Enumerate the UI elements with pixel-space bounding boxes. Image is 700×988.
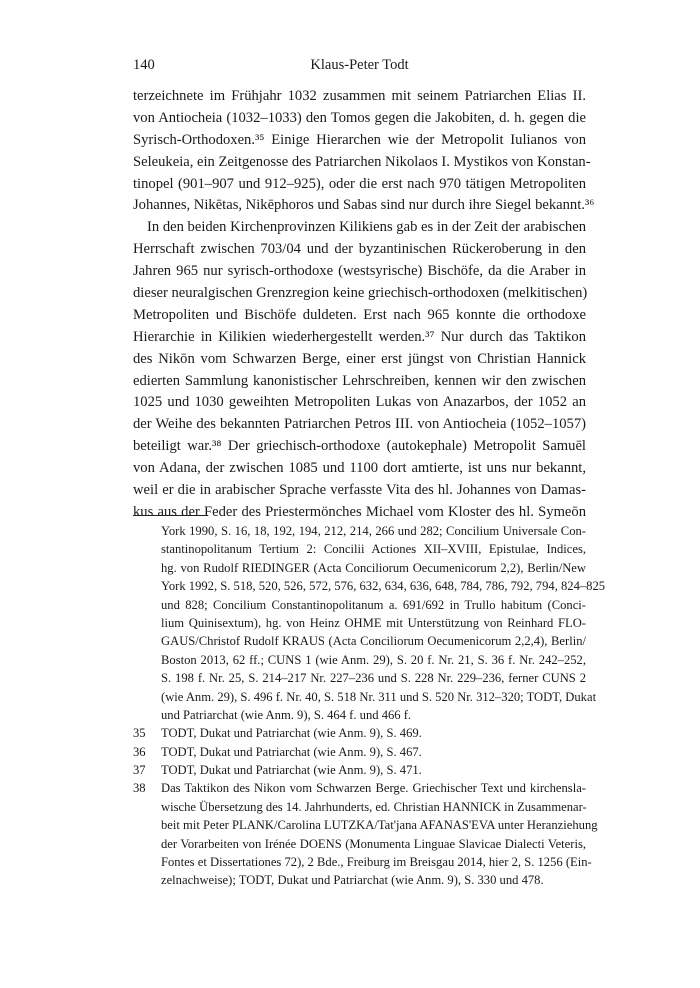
text-line: terzeichnete im Frühjahr 1032 zusammen m… <box>133 86 586 108</box>
text-line: Metropoliten und Bischöfe duldeten. Erst… <box>133 305 586 327</box>
footnote-line: zelnachweise); TODT, Dukat und Patriarch… <box>133 871 586 889</box>
text-line: der Weihe des bekannten Patriarchen Petr… <box>133 414 586 436</box>
text-line: weil er die in arabischer Sprache verfas… <box>133 480 586 502</box>
footnote-continuation: York 1990, S. 16, 18, 192, 194, 212, 214… <box>133 522 586 724</box>
footnote-line: stantinopolitanum Tertium 2: Concilii Ac… <box>133 540 586 558</box>
text-line: dieser neuralgischen Grenzregion keine g… <box>133 283 586 305</box>
page-header: 140 Klaus-Peter Todt <box>133 57 586 77</box>
text-line: Johannes, Nikētas, Nikēphoros und Sabas … <box>133 195 586 217</box>
text-line: beteiligt war.³⁸ Der griechisch-orthodox… <box>133 436 586 458</box>
footnote-line: TODT, Dukat und Patriarchat (wie Anm. 9)… <box>133 761 586 779</box>
footnote-line: Boston 2013, 62 ff.; CUNS 1 (wie Anm. 29… <box>133 651 586 669</box>
text-line: tinopel (901–907 und 912–925), oder die … <box>133 174 586 196</box>
footnote-number: 38 <box>133 779 146 797</box>
footnote-line: hg. von Rudolf RIEDINGER (Acta Concilior… <box>133 559 586 577</box>
footnote-line: S. 198 f. Nr. 25, S. 214–217 Nr. 227–236… <box>133 669 586 687</box>
text-line: Seleukeia, ein Zeitgenosse des Patriarch… <box>133 152 586 174</box>
text-line: edierten Sammlung kanonistischer Lehrsch… <box>133 371 586 393</box>
footnote-line: wische Übersetzung des 14. Jahrhunderts,… <box>133 798 586 816</box>
footnote-line: beit mit Peter PLANK/Carolina LUTZKA/Tat… <box>133 816 586 834</box>
text-line: kus aus der Feder des Priestermönches Mi… <box>133 502 586 524</box>
text-line: Syrisch-Orthodoxen.³⁵ Einige Hierarchen … <box>133 130 586 152</box>
footnote-36: 36 TODT, Dukat und Patriarchat (wie Anm.… <box>133 743 586 761</box>
text-line: Hierarchie in Kilikien wiederhergestellt… <box>133 327 586 349</box>
footnote-line: TODT, Dukat und Patriarchat (wie Anm. 9)… <box>133 724 586 742</box>
footnotes: York 1990, S. 16, 18, 192, 194, 212, 214… <box>133 522 586 890</box>
footnote-line: York 1990, S. 16, 18, 192, 194, 212, 214… <box>133 522 586 540</box>
footnote-line: York 1992, S. 518, 520, 526, 572, 576, 6… <box>133 577 586 595</box>
footnote-line: TODT, Dukat und Patriarchat (wie Anm. 9)… <box>133 743 586 761</box>
footnote-line: (wie Anm. 29), S. 496 f. Nr. 40, S. 518 … <box>133 688 586 706</box>
footnote-35: 35 TODT, Dukat und Patriarchat (wie Anm.… <box>133 724 586 742</box>
footnote-number: 36 <box>133 743 146 761</box>
footnote-divider <box>133 515 208 516</box>
text-line: 1025 und 1030 geweihten Metropoliten Luk… <box>133 392 586 414</box>
text-line: In den beiden Kirchenprovinzen Kilikiens… <box>133 217 586 239</box>
running-head: Klaus-Peter Todt <box>133 57 586 74</box>
footnote-line: lium Quinisextum), hg. von Heinz OHME mi… <box>133 614 586 632</box>
footnote-line: Das Taktikon des Nikon vom Schwarzen Ber… <box>133 779 586 797</box>
footnote-38: 38 Das Taktikon des Nikon vom Schwarzen … <box>133 779 586 889</box>
footnote-number: 37 <box>133 761 146 779</box>
footnote-line: Fontes et Dissertationes 72), 2 Bde., Fr… <box>133 853 586 871</box>
text-line: von Adana, der zwischen 1085 und 1100 do… <box>133 458 586 480</box>
text-line: des Nikōn vom Schwarzen Berge, einer ers… <box>133 349 586 371</box>
footnote-number: 35 <box>133 724 146 742</box>
main-text: terzeichnete im Frühjahr 1032 zusammen m… <box>133 86 586 524</box>
footnote-line: der Vorarbeiten von Irénée DOENS (Monume… <box>133 835 586 853</box>
footnote-line: GAUS/Christof Rudolf KRAUS (Acta Concili… <box>133 632 586 650</box>
footnote-line: und Patriarchat (wie Anm. 9), S. 464 f. … <box>133 706 586 724</box>
footnote-37: 37 TODT, Dukat und Patriarchat (wie Anm.… <box>133 761 586 779</box>
text-line: Jahren 965 nur syrisch-orthodoxe (westsy… <box>133 261 586 283</box>
text-line: von Antiocheia (1032–1033) den Tomos geg… <box>133 108 586 130</box>
footnote-line: und 828; Concilium Constantinopolitanum … <box>133 596 586 614</box>
text-line: Herrschaft zwischen 703/04 und der byzan… <box>133 239 586 261</box>
